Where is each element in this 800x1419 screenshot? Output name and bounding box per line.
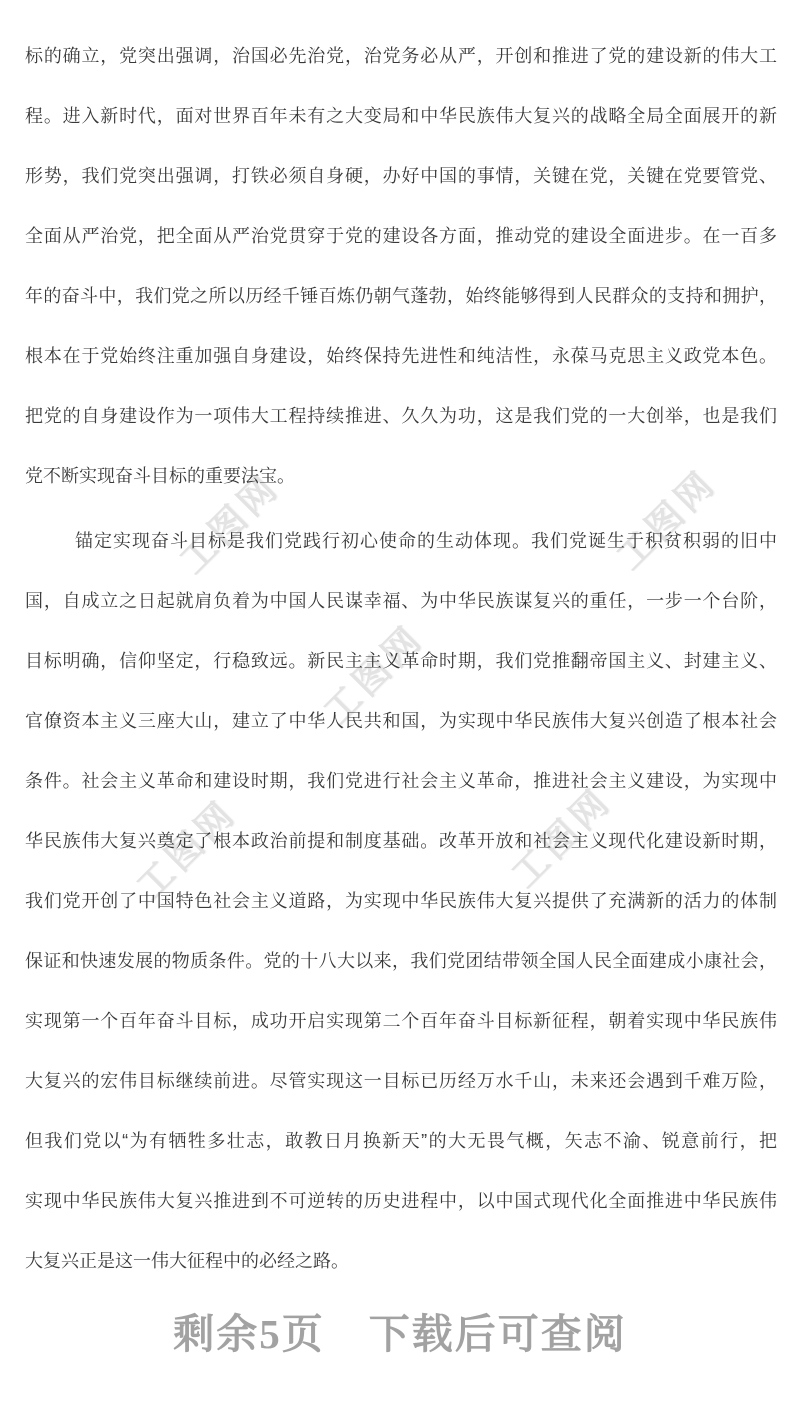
text-line: 我们党开创了中国特色社会主义道路，为实现中华民族伟大复兴提供了充满新的活力的体制 bbox=[25, 871, 777, 931]
text-line: 实现中华民族伟大复兴推进到不可逆转的历史进程中，以中国式现代化全面推进中华民族伟 bbox=[25, 1171, 777, 1231]
text-line: 目标明确，信仰坚定，行稳致远。新民主主义革命时期，我们党推翻帝国主义、封建主义、 bbox=[25, 631, 777, 691]
text-line: 大复兴的宏伟目标继续前进。尽管实现这一目标已历经万水千山，未来还会遇到千难万险， bbox=[25, 1051, 777, 1111]
download-hint-label: 下载后可查阅 bbox=[369, 1310, 627, 1359]
text-line: 官僚资本主义三座大山，建立了中华人民共和国，为实现中华民族伟大复兴创造了根本社会 bbox=[25, 691, 777, 751]
text-line: 把党的自身建设作为一项伟大工程持续推进、久久为功，这是我们党的一大创举，也是我们 bbox=[25, 386, 777, 446]
document-page: 工图网工图网工图网工图网工图网 标的确立，党突出强调，治国必先治党，治党务必从严… bbox=[0, 0, 800, 1419]
text-line: 全面从严治党，把全面从严治党贯穿于党的建设各方面，推动党的建设全面进步。在一百多 bbox=[25, 206, 777, 266]
text-line: 保证和快速发展的物质条件。党的十八大以来，我们党团结带领全国人民全面建成小康社会… bbox=[25, 931, 777, 991]
text-line: 实现第一个百年奋斗目标，成功开启实现第二个百年奋斗目标新征程，朝着实现中华民族伟 bbox=[25, 991, 777, 1051]
text-line: 华民族伟大复兴奠定了根本政治前提和制度基础。改革开放和社会主义现代化建设新时期， bbox=[25, 811, 777, 871]
preview-footer: 剩余5页 下载后可查阅 bbox=[0, 1310, 800, 1359]
text-line: 标的确立，党突出强调，治国必先治党，治党务必从严，开创和推进了党的建设新的伟大工 bbox=[25, 26, 777, 86]
text-line: 根本在于党始终注重加强自身建设，始终保持先进性和纯洁性，永葆马克思主义政党本色。 bbox=[25, 326, 777, 386]
text-line: 党不断实现奋斗目标的重要法宝。 bbox=[25, 446, 777, 506]
text-line: 但我们党以“为有牺牲多壮志，敢教日月换新天”的大无畏气概，矢志不渝、锐意前行，把 bbox=[25, 1111, 777, 1171]
text-line: 形势，我们党突出强调，打铁必须自身硬，办好中国的事情，关键在党，关键在党要管党、 bbox=[25, 146, 777, 206]
text-line: 条件。社会主义革命和建设时期，我们党进行社会主义革命，推进社会主义建设，为实现中 bbox=[25, 751, 777, 811]
text-line: 国，自成立之日起就肩负着为中国人民谋幸福、为中华民族谋复兴的重任，一步一个台阶， bbox=[25, 571, 777, 631]
document-body: 标的确立，党突出强调，治国必先治党，治党务必从严，开创和推进了党的建设新的伟大工… bbox=[0, 0, 800, 1291]
remaining-pages-label: 剩余5页 bbox=[173, 1310, 325, 1359]
text-line: 程。进入新时代，面对世界百年未有之大变局和中华民族伟大复兴的战略全局全面展开的新 bbox=[25, 86, 777, 146]
text-line: 年的奋斗中，我们党之所以历经千锤百炼仍朝气蓬勃，始终能够得到人民群众的支持和拥护… bbox=[25, 266, 777, 326]
text-line: 锚定实现奋斗目标是我们党践行初心使命的生动体现。我们党诞生于积贫积弱的旧中 bbox=[25, 511, 777, 571]
text-line: 大复兴正是这一伟大征程中的必经之路。 bbox=[25, 1231, 777, 1291]
